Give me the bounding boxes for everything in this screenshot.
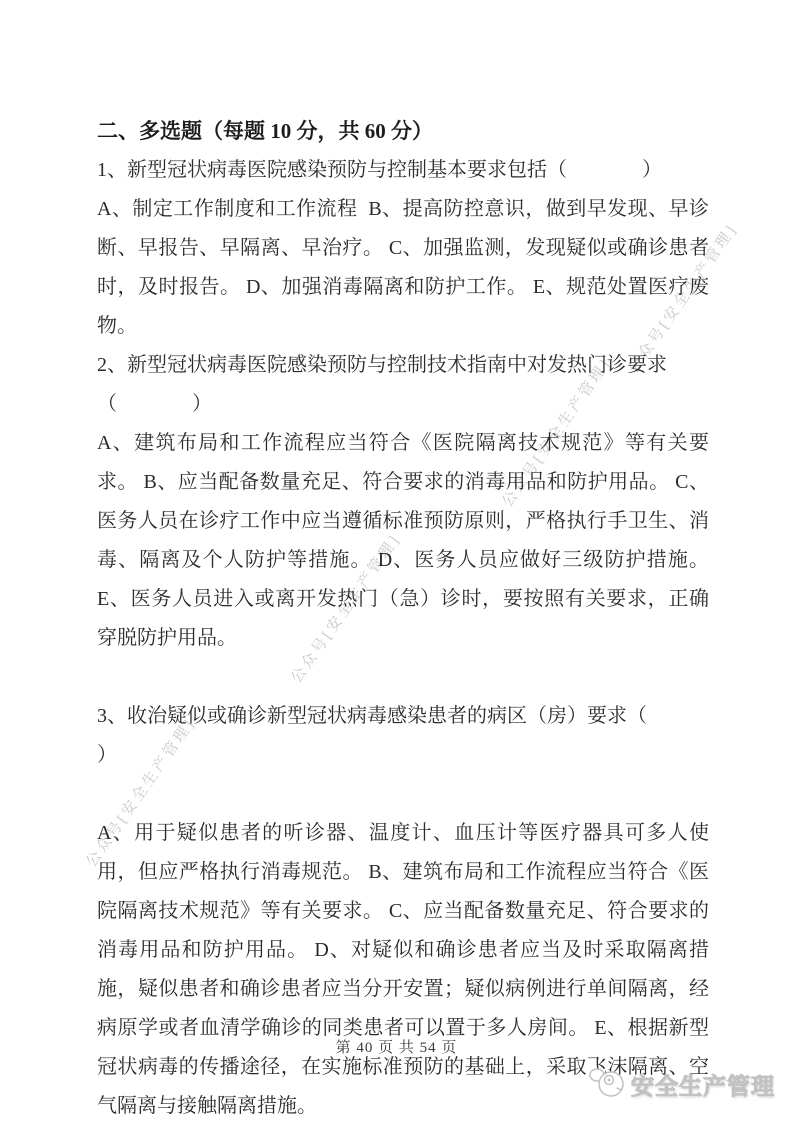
document-page: 公众号[安全生产管理] 公众号[安全生产管理] 公众号[安全生产管理] 公众号[… [0, 0, 793, 1122]
question-stem: 1、新型冠状病毒医院感染预防与控制基本要求包括（ ） [97, 151, 709, 190]
exam-content: 二、多选题（每题 10 分，共 60 分） 1、新型冠状病毒医院感染预防与控制基… [97, 112, 709, 1122]
question-stem: 3、收治疑似或确诊新型冠状病毒感染患者的病区（房）要求（ ） [97, 697, 709, 775]
question-block-3: 3、收治疑似或确诊新型冠状病毒感染患者的病区（房）要求（ ） A、用于疑似患者的… [97, 697, 709, 1122]
question-options: A、建筑布局和工作流程应当符合《医院隔离技术规范》等有关要求。 B、应当配备数量… [97, 424, 709, 658]
question-options: A、制定工作制度和工作流程 B、提高防控意识，做到早发现、早诊断、早报告、早隔离… [97, 190, 709, 346]
page-number-indicator: 第 40 页 共 54 页 [0, 1036, 793, 1057]
brand-logo: 安全生产管理 [588, 1066, 775, 1103]
panda-icon [588, 1066, 626, 1103]
question-block-2: 2、新型冠状病毒医院感染预防与控制技术指南中对发热门诊要求 （ ） A、建筑布局… [97, 346, 709, 658]
section-title: 二、多选题（每题 10 分，共 60 分） [97, 112, 709, 151]
question-block-1: 1、新型冠状病毒医院感染预防与控制基本要求包括（ ） A、制定工作制度和工作流程… [97, 151, 709, 346]
brand-name: 安全生产管理 [631, 1068, 775, 1101]
question-stem: 2、新型冠状病毒医院感染预防与控制技术指南中对发热门诊要求 （ ） [97, 346, 709, 424]
